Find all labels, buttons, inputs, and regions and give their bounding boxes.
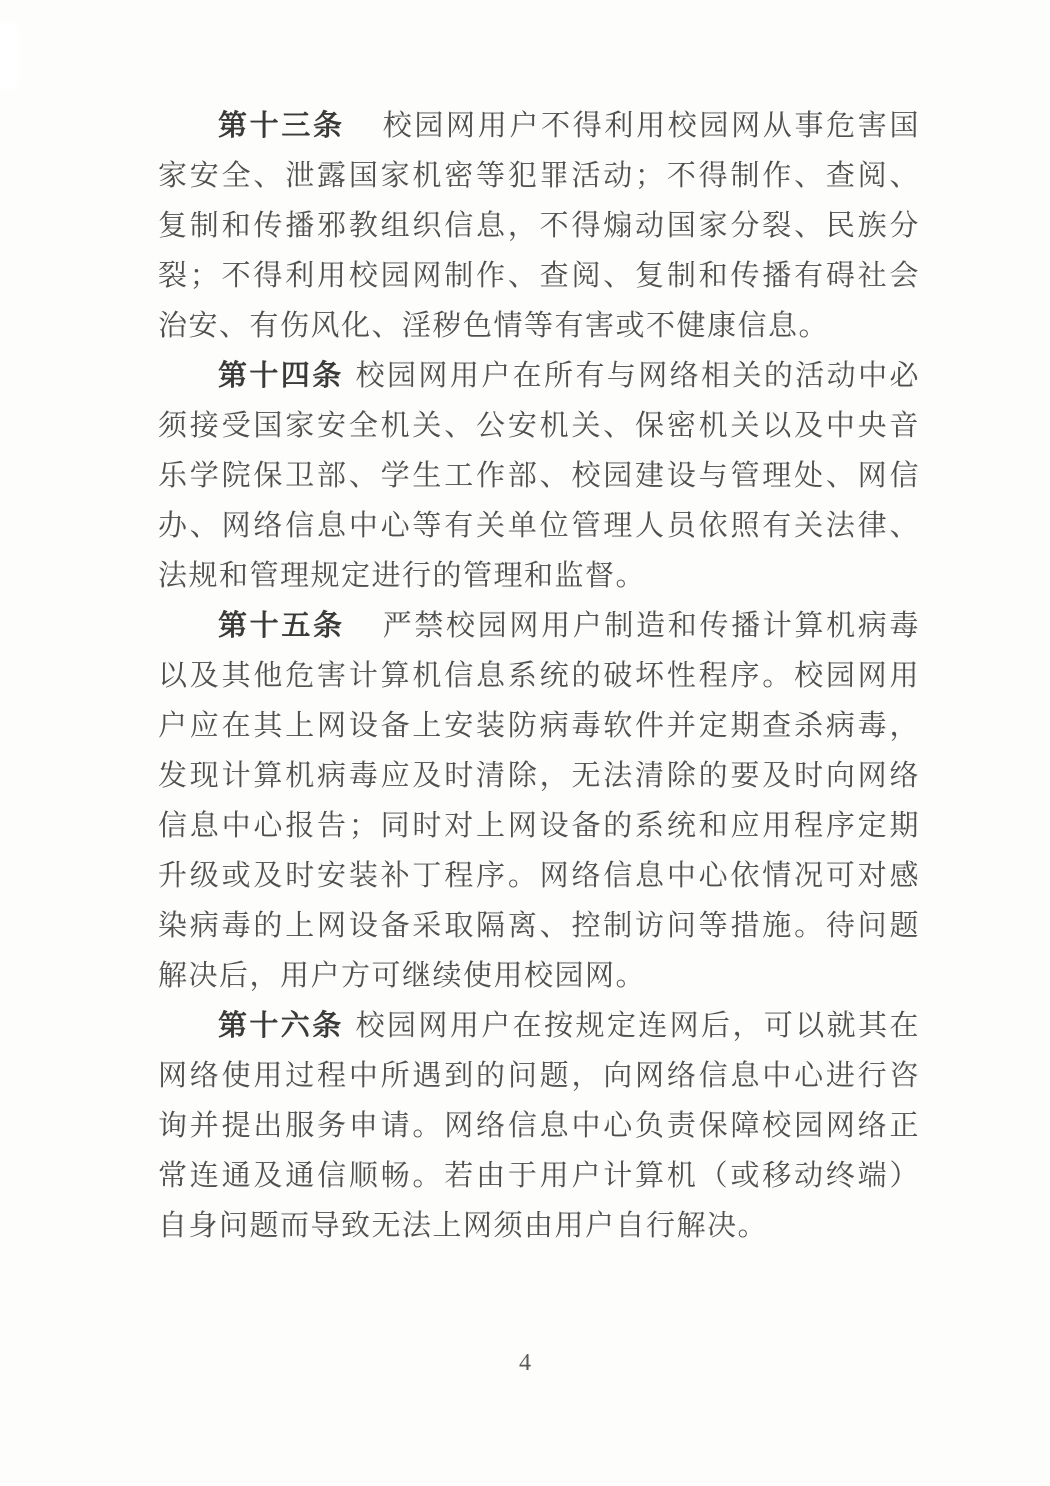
article-13-heading: 第十三条 bbox=[218, 110, 345, 142]
article-14-heading: 第十四条 bbox=[218, 360, 344, 392]
scanned-document-page: 第十三条校园网用户不得利用校园网从事危害国家安全、泄露国家机密等犯罪活动；不得制… bbox=[0, 0, 1050, 1486]
article-14-paragraph: 第十四条校园网用户在所有与网络相关的活动中必须接受国家安全机关、公安机关、保密机… bbox=[158, 351, 920, 601]
article-15-text: 严禁校园网用户制造和传播计算机病毒以及其他危害计算机信息系统的破坏性程序。校园网… bbox=[158, 610, 920, 992]
article-13-text: 校园网用户不得利用校园网从事危害国家安全、泄露国家机密等犯罪活动；不得制作、查阅… bbox=[158, 110, 920, 342]
article-16-text: 校园网用户在按规定连网后，可以就其在网络使用过程中所遇到的问题，向网络信息中心进… bbox=[158, 1010, 920, 1242]
page-number: 4 bbox=[0, 1350, 1050, 1377]
article-15-paragraph: 第十五条严禁校园网用户制造和传播计算机病毒以及其他危害计算机信息系统的破坏性程序… bbox=[158, 601, 920, 1001]
article-14-text: 校园网用户在所有与网络相关的活动中必须接受国家安全机关、公安机关、保密机关以及中… bbox=[158, 360, 920, 592]
document-body: 第十三条校园网用户不得利用校园网从事危害国家安全、泄露国家机密等犯罪活动；不得制… bbox=[158, 101, 920, 1251]
article-16-paragraph: 第十六条校园网用户在按规定连网后，可以就其在网络使用过程中所遇到的问题，向网络信… bbox=[158, 1001, 920, 1251]
article-15-heading: 第十五条 bbox=[218, 610, 345, 642]
article-16-heading: 第十六条 bbox=[218, 1010, 344, 1042]
article-13-paragraph: 第十三条校园网用户不得利用校园网从事危害国家安全、泄露国家机密等犯罪活动；不得制… bbox=[158, 101, 920, 351]
scan-artifact bbox=[0, 24, 16, 88]
